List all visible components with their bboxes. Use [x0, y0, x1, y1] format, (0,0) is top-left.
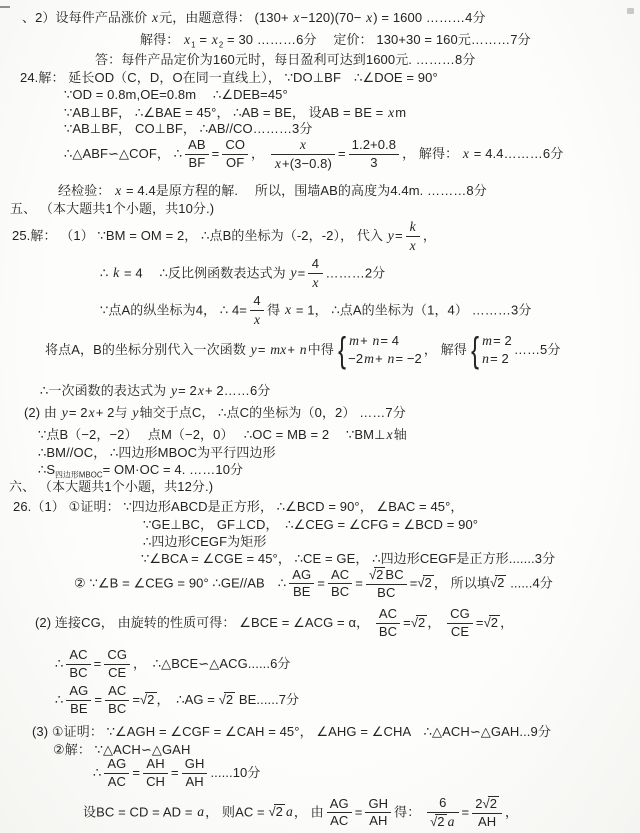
text-line: ∴△ABF∽△COF， ∴ABBF=COOF， xx+(3−0.8)=1.2+0… [64, 137, 563, 172]
fraction: AHCH [143, 757, 168, 790]
fraction: 4x [250, 294, 264, 328]
text-line: 六、 （本大题共1个小题，共12分.) [9, 479, 213, 495]
photo-artifact-top-right [627, 8, 634, 14]
text-line: ∴一次函数的表达式为 y= 2x+ 2……6分 [40, 382, 270, 399]
math-variable: x [299, 137, 307, 152]
fraction: ACBC [328, 568, 352, 601]
text-line: ∴ACBC=CGCE， ∴△BCE∽△ACG......6分 [55, 648, 291, 681]
text-line: ∵点A的纵坐标为4， ∴ 4=4x得 x = 1， ∴点A的坐标为（1，4） …… [100, 294, 531, 328]
exam-answer-page: 、2）设每件产品涨价 x元，由题意得： (130+ x−120)(70− x) … [0, 0, 640, 833]
sqrt-radical: 2 [369, 567, 385, 583]
fraction: AGBE [66, 684, 91, 717]
text-line: 、2）设每件产品涨价 x元，由题意得： (130+ x−120)(70− x) … [22, 9, 486, 26]
math-variable: mx [269, 342, 287, 357]
math-variable: a [285, 804, 294, 819]
sqrt-radical: 2 [268, 804, 284, 820]
sqrt-radical: 2 [484, 615, 500, 631]
math-variable: x [387, 105, 395, 120]
text-line: 五、 （本大题共1个小题，共10分.) [10, 201, 214, 217]
text-line: 经检验： x = 4.4是原方程的解. 所以，围墙AB的高度为4.4m. ………… [58, 182, 487, 199]
math-variable: x [365, 10, 373, 25]
math-variable: a [196, 804, 205, 819]
fraction: ABBF [185, 138, 209, 171]
text-line: ∵∠BCA = ∠CGE = 45°， ∴CE = GE， ∴四边形CEGF是正… [141, 551, 555, 567]
equation-system-brace: m= 2n= 2 [469, 332, 512, 369]
text-line: 解得： x1 = x2 = 30 ………6分 定价： 130+30 = 160元… [140, 31, 531, 48]
fraction: GHAH [365, 797, 391, 830]
fraction: 2BCBC [366, 567, 407, 601]
fraction: CGCE [104, 648, 130, 681]
text-line: ∵OD = 0.8m,OE=0.8m ∴∠DEB=45° [64, 87, 288, 103]
sqrt-radical: 2 [417, 575, 433, 591]
text-line: (2) 连接CG， 由旋转的性质可得： ∠BCE = ∠ACG = α， ACB… [35, 607, 513, 640]
fraction: xx+(3−0.8) [271, 137, 335, 172]
sqrt-radical: 2 [140, 692, 156, 708]
math-variable: x [197, 383, 205, 398]
math-variable: n [299, 342, 308, 357]
math-variable: n [387, 351, 396, 366]
fraction: kx [406, 219, 420, 254]
text-line: 24.解： 延长OD（C，D，O在同一直线上）， ∵DO⊥BF ∴∠DOE = … [20, 70, 438, 86]
math-variable: k [112, 265, 120, 280]
fraction: 1.2+0.83 [349, 138, 399, 171]
math-variable: x [284, 302, 292, 317]
math-variable: x [311, 275, 319, 290]
math-variable: x [88, 405, 96, 420]
text-line: (2) 由 y= 2x+ 2与 y轴交于点C， ∴点C的坐标为（0，2） ……7… [24, 404, 406, 421]
math-variable: n [481, 351, 490, 366]
fraction: AGAC [104, 757, 129, 790]
sqrt-radical: 2 [411, 615, 427, 631]
math-variable: k [409, 219, 417, 234]
subscript: 2 [219, 41, 223, 50]
text-line: ∴四边形CEGF为矩形 [143, 534, 266, 550]
fraction: AGAC [327, 797, 352, 830]
text-line: ∴S四边形MBOC= OM·OC = 4. ……10分 [38, 462, 243, 478]
subscript: 1 [191, 41, 195, 50]
math-variable: x [151, 10, 159, 25]
math-variable: m [363, 351, 375, 366]
text-line: ∵AB⊥BF， ∴∠BAE = 45°， ∴AB = BE， 设AB = BE … [64, 104, 406, 121]
text-line: 26.（1） ①证明： ∵四边形ABCD是正方形， ∴∠BCD = 90°， ∠… [13, 499, 464, 515]
text-line: ∵GE⊥BC， GF⊥CD， ∴∠CEG = ∠CFG = ∠BCD = 90° [143, 517, 478, 533]
sqrt-radical: 2 [430, 814, 446, 830]
text-line: 设BC = CD = AD = a， 则AC = 2a， 由AGAC=GHAH得… [83, 796, 518, 830]
text-line: ∴BM//OC， ∴四边形MBOC为平行四边形 [38, 445, 276, 461]
fraction: COOF [222, 138, 248, 171]
math-variable: x [183, 32, 191, 47]
sqrt-radical: 2 [483, 796, 499, 812]
text-line: 25.解： （1） ∵BM = OM = 2， ∴点B的坐标为（-2，-2）， … [12, 219, 436, 254]
math-variable: y [387, 228, 395, 243]
math-variable: x [462, 146, 470, 161]
fraction: GHAH [182, 757, 208, 790]
fraction: ACBC [376, 607, 400, 640]
fraction: CGCE [447, 607, 473, 640]
math-variable: x [253, 312, 261, 327]
math-variable: n [371, 333, 380, 348]
text-line: ∵点B（−2，−2） 点M（−2，0） ∴OC = MB = 2 ∵BM⊥x轴 [38, 426, 407, 443]
sqrt-radical: 2 [219, 692, 235, 708]
math-variable: x [274, 156, 282, 171]
fraction: 4x [308, 257, 322, 291]
text-line: ∴AGAC=AHCH=GHAH......10分 [93, 757, 260, 790]
photo-artifact-top-left [0, 6, 10, 8]
math-variable: x [292, 10, 300, 25]
math-variable: x [211, 32, 219, 47]
fraction: 62a [427, 796, 458, 830]
math-variable: y [250, 342, 258, 357]
text-line: 答：每件产品定价为160元时，每日盈利可达到1600元. ………8分 [95, 52, 475, 68]
text-line: 将点A，B的坐标分别代入一次函数 y= mx+ n中得m+ n= 4−2m+ n… [45, 332, 560, 369]
text-line: (3) ①证明： ∵∠AGH = ∠CGF = ∠CAH = 45°， ∠AHG… [32, 724, 551, 740]
equation-system-brace: m+ n= 4−2m+ n= −2 [336, 332, 422, 369]
math-variable: y [61, 405, 69, 420]
math-variable: m [481, 333, 493, 348]
math-variable: y [170, 383, 178, 398]
text-line: ∴ k = 4 ∴反比例函数表达式为 y=4x………2分 [100, 257, 385, 291]
fraction: AGBE [289, 568, 314, 601]
text-line: ∴AGBE=ACBC=2， ∴AG = 2 BE......7分 [55, 684, 299, 717]
math-variable: y [131, 405, 139, 420]
math-variable: x [114, 183, 122, 198]
fraction: ACBC [66, 648, 90, 681]
fraction: ACBC [105, 684, 129, 717]
math-variable: x [409, 238, 417, 253]
math-variable: m [348, 333, 360, 348]
text-line: ② ∵∠B = ∠CEG = 90° ∴GE//AB ∴AGBE=ACBC=2B… [74, 567, 553, 601]
sqrt-radical: 2 [490, 575, 506, 591]
math-variable: a [447, 814, 456, 829]
math-variable: y [290, 265, 298, 280]
fraction: 22AH [472, 796, 502, 830]
text-line: ∵AB⊥BF， CO⊥BF， ∴AB//CO………3分 [64, 121, 312, 137]
math-variable: x [386, 427, 394, 442]
